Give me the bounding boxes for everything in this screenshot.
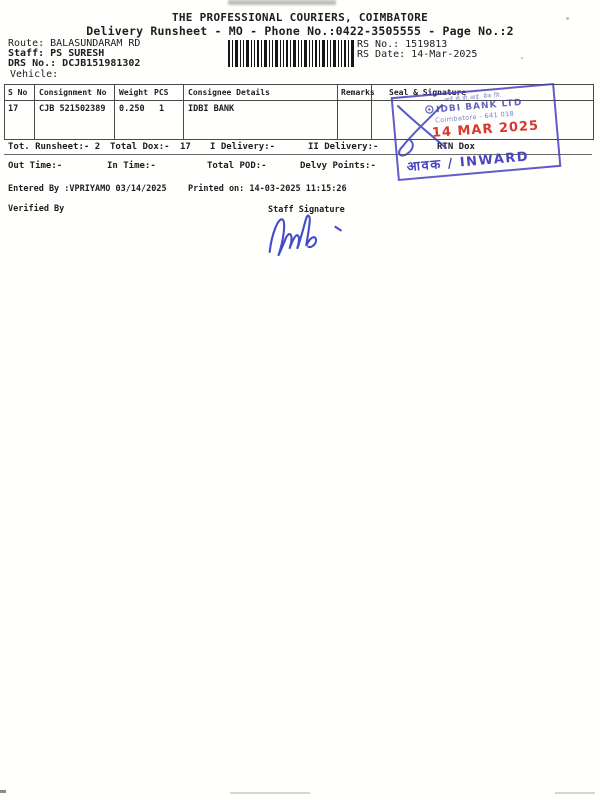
col-header-consignment-no: Consignment No [39, 88, 106, 97]
col-header-remarks: Remarks [341, 88, 375, 97]
col-header-consignee-details: Consignee Details [188, 88, 270, 97]
printed-on: Printed on: 14-03-2025 11:15:26 [188, 184, 347, 194]
total-dox-value: 17 [180, 142, 191, 152]
row-weight: 0.250 [119, 104, 145, 114]
table-column-divider [34, 85, 35, 139]
table-column-divider [114, 85, 115, 139]
drs-no-field: DRS No.: DCJB151981302 [8, 58, 140, 69]
pen-checkmark-scribble [390, 102, 454, 158]
total-dox-label: Total Dox:- [110, 142, 170, 152]
row-pcs: 1 [159, 104, 164, 114]
vehicle-field: Vehicle: [10, 69, 58, 80]
scan-artifact-bottom [555, 792, 595, 794]
scan-artifact-bottom [0, 790, 6, 793]
barcode-icon [228, 40, 354, 67]
ii-delivery-label: II Delivery:- [308, 142, 378, 152]
table-column-divider [183, 85, 184, 139]
company-title: THE PROFESSIONAL COURIERS, COIMBATORE [0, 11, 600, 24]
row-consignee: IDBI BANK [188, 104, 234, 114]
scan-artifact-top [228, 0, 336, 5]
out-time-label: Out Time:- [8, 161, 62, 171]
i-delivery-label: I Delivery:- [210, 142, 275, 152]
row-consignment-no: CJB 521502389 [39, 104, 106, 114]
row-s-no: 17 [8, 104, 18, 114]
total-runsheet: Tot. Runsheet:- 2 [8, 142, 100, 152]
col-header-weight: Weight [119, 88, 148, 97]
scan-speck [521, 57, 523, 59]
total-pod-label: Total POD:- [207, 161, 267, 171]
entered-by: Entered By :VPRIYAMO 03/14/2025 [8, 184, 167, 194]
in-time-label: In Time:- [107, 161, 156, 171]
table-column-divider [337, 85, 338, 139]
runsheet-subtitle: Delivery Runsheet - MO - Phone No.:0422-… [0, 24, 600, 38]
rs-date-field: RS Date: 14-Mar-2025 [357, 49, 477, 60]
delvy-points-label: Delvy Points:- [300, 161, 376, 171]
col-header-pcs: PCS [154, 88, 168, 97]
staff-signature-scribble [256, 205, 356, 263]
scanned-delivery-runsheet: THE PROFESSIONAL COURIERS, COIMBATORE De… [0, 0, 600, 800]
verified-by-label: Verified By [8, 204, 64, 214]
col-header-s-no: S No [8, 88, 27, 97]
scan-artifact-bottom [230, 792, 310, 794]
